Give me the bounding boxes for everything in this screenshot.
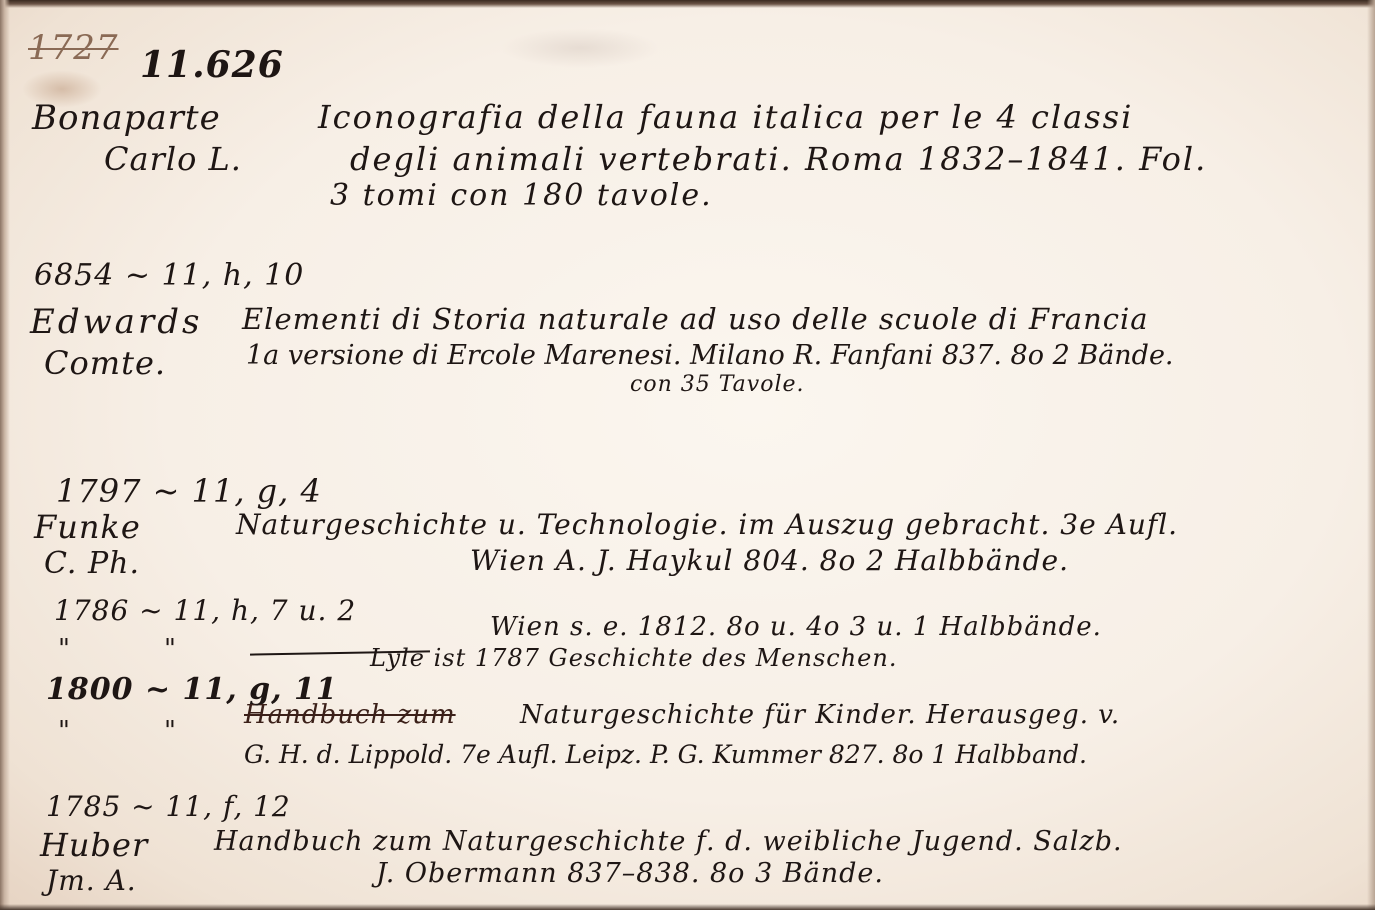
author-forename: C. Ph. [44,546,140,581]
shelf-mark: 1785 ~ 11, f, 12 [46,790,291,823]
title-line-2: G. H. d. Lippold. 7e Aufl. Leipz. P. G. … [244,740,1087,769]
title-line-1: Naturgeschichte für Kinder. Herausgeg. v… [520,700,1120,730]
author-forename: Carlo L. [104,140,242,178]
shelf-mark: 1797 ~ 11, g, 4 [56,472,322,510]
title-line-2: degli animali vertebrati. Roma 1832–1841… [350,140,1207,178]
title-line-1: Wien s. e. 1812. 8o u. 4o 3 u. 1 Halbbän… [490,612,1102,642]
author-surname: Bonaparte [32,98,221,138]
title-line-3: 3 tomi con 180 tavole. [330,178,713,213]
title-line-1: Naturgeschichte u. Technologie. im Auszu… [236,508,1178,541]
shelf-mark: 1786 ~ 11, h, 7 u. 2 [54,594,356,627]
shelf-mark: 11.626 [140,44,284,86]
shelf-mark: 6854 ~ 11, h, 10 [34,258,304,293]
title-line-2: Lyle ist 1787 Geschichte des Menschen. [370,644,897,672]
card-top-edge [0,0,1375,8]
catalogue-card: 1727 11.626 Bonaparte Carlo L. Iconograf… [0,0,1375,910]
author-surname: Edwards [30,302,202,342]
author-surname: Huber [40,826,148,864]
card-right-edge [1367,0,1375,910]
author-forename: Comte. [44,344,166,382]
author-forename: Jm. A. [46,864,137,897]
ditto-mark-author: " [58,716,71,746]
title-line-1: Handbuch zum Naturgeschichte f. d. weibl… [214,826,1123,857]
title-line-1: Iconografia della fauna italica per le 4… [318,98,1133,136]
title-line-2: J. Obermann 837–838. 8o 3 Bände. [376,858,884,889]
title-line-3: con 35 Tavole. [630,372,805,397]
ditto-mark-forename: " [164,716,177,746]
title-line-2: 1a versione di Ercole Marenesi. Milano R… [246,340,1174,371]
author-surname: Funke [34,508,141,546]
struck-out-text: Handbuch zum [244,700,456,730]
card-left-edge [0,0,10,910]
ditto-mark-forename: " [164,634,177,664]
bleed-through-stain [500,28,660,68]
ditto-mark-author: " [58,634,71,664]
title-line-1: Elementi di Storia naturale ad uso delle… [242,302,1149,336]
card-bottom-edge [0,904,1375,910]
old-catalogue-number: 1727 [28,28,119,68]
title-line-2: Wien A. J. Haykul 804. 8o 2 Halbbände. [470,544,1069,577]
